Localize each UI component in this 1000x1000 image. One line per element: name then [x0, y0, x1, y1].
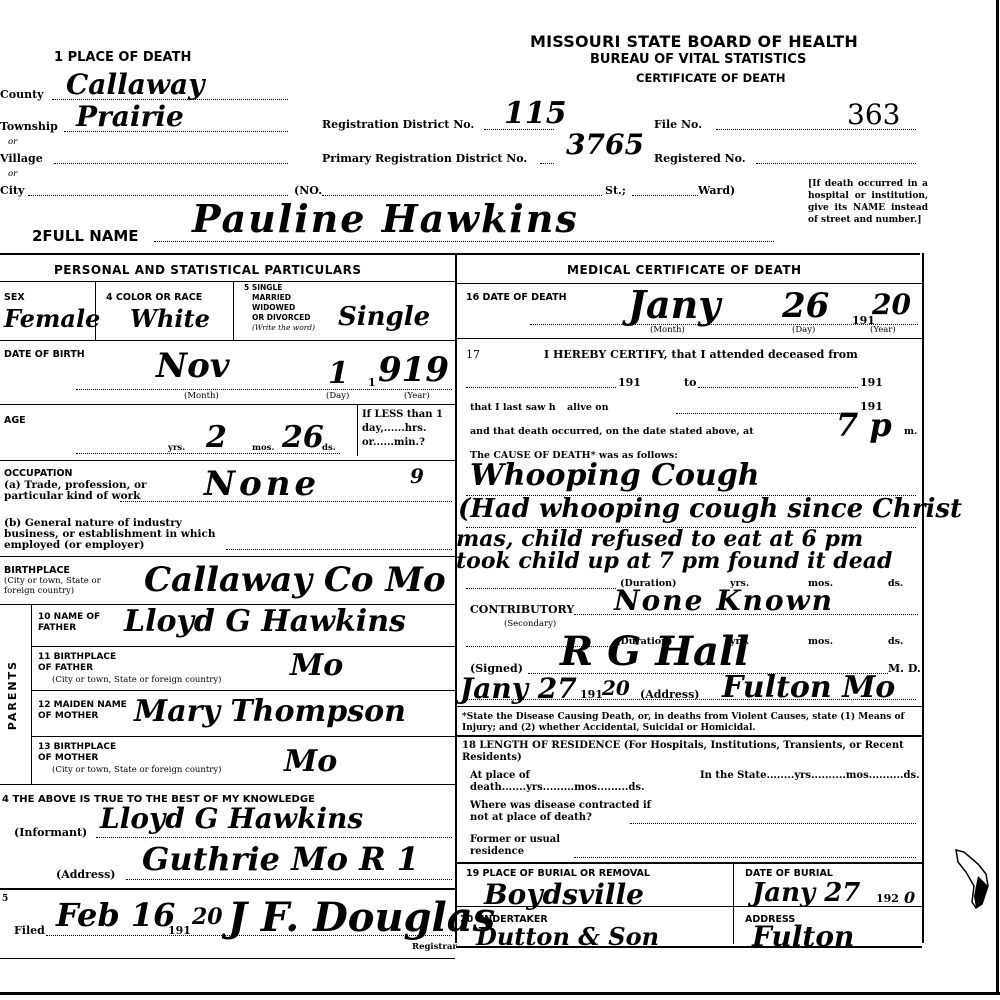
informant-line: [96, 836, 452, 838]
hospital-note: [If death occurred in a hospital or inst…: [808, 178, 928, 226]
file-no-label: File No.: [654, 118, 702, 131]
street-label: St.;: [605, 184, 626, 197]
primary-district-line: [540, 162, 554, 164]
county-label: County: [0, 88, 44, 101]
divider: [357, 404, 358, 456]
ward-line: [632, 194, 698, 196]
registrar-signature: J F. Douglas: [228, 894, 495, 941]
full-name-value: Pauline Hawkins: [192, 196, 579, 241]
primary-district-label: Primary Registration District No.: [322, 152, 527, 165]
dod-year-caption: (Year): [870, 325, 896, 335]
county-value: Callaway: [66, 68, 204, 101]
divider: [0, 958, 455, 959]
divider: [32, 736, 455, 737]
month-caption: (Month): [184, 391, 219, 401]
informant-value: Lloyd G Hawkins: [100, 802, 363, 835]
mother-name-value: Mary Thompson: [134, 694, 406, 729]
certify-number: 17: [466, 348, 480, 361]
alive-on-label: alive on: [567, 402, 609, 413]
marital-option: 5 SINGLE: [244, 283, 315, 293]
state-board-title: MISSOURI STATE BOARD OF HEALTH: [530, 32, 858, 51]
primary-district-value: 3765: [566, 128, 644, 161]
divider: [0, 460, 455, 461]
occupation-b-label: (b) General nature of industry business,…: [4, 518, 234, 551]
marital-option: OR DIVORCED: [244, 313, 315, 323]
cause-line-1: Whooping Cough: [470, 458, 760, 493]
father-birthplace-value: Mo: [290, 648, 343, 683]
dod-month: Jany: [628, 282, 720, 327]
from-line: [466, 386, 616, 388]
divider: [0, 556, 455, 557]
age-yrs-label: yrs.: [168, 443, 185, 453]
duration-ds: ds.: [888, 578, 903, 589]
age-mos-label: mos.: [252, 443, 274, 453]
age-label: AGE: [4, 415, 26, 426]
father-birthplace-hint: (City or town, State or foreign country): [52, 675, 221, 685]
residence-label: 18 LENGTH OF RESIDENCE (For Hospitals, I…: [462, 740, 922, 764]
column-divider: [455, 253, 457, 943]
divider: [0, 784, 455, 785]
divider: [0, 281, 455, 282]
residence-in-state: In the State........yrs..........mos....…: [700, 770, 920, 782]
dob-year: 919: [378, 350, 449, 390]
divider: [0, 888, 455, 890]
filed-date-value: Feb 16: [56, 896, 175, 934]
occupation-a-label: (a) Trade, profession, or particular kin…: [4, 480, 204, 502]
age-days: 26: [282, 420, 324, 455]
filed-label: Filed: [14, 924, 45, 937]
divider: [456, 946, 922, 948]
age-ds-label: ds.: [322, 443, 336, 453]
ward-label: Ward): [698, 184, 735, 197]
divider: [456, 862, 922, 864]
where-contracted-line: [630, 822, 916, 824]
father-name-value: Lloyd G Hawkins: [124, 604, 406, 639]
divider: [32, 690, 455, 691]
right-edge: [996, 0, 999, 995]
hand-cursor-icon: [952, 846, 992, 920]
dob-day: 1: [328, 356, 349, 391]
former-residence-label: Former or usual residence: [470, 834, 590, 858]
village-line: [54, 162, 288, 164]
township-label: Township: [0, 120, 58, 133]
occupation-value: None: [204, 464, 320, 504]
city-label: City: [0, 184, 24, 197]
township-value: Prairie: [76, 100, 184, 133]
certify-text: I HEREBY CERTIFY, that I attended deceas…: [544, 348, 858, 361]
contributory-value: None Known: [614, 584, 834, 617]
death-time-suffix: m.: [904, 426, 917, 437]
from-year: 191: [618, 376, 641, 389]
dod-label: 16 DATE OF DEATH: [466, 292, 567, 303]
dod-month-caption: (Month): [650, 325, 685, 335]
divider: [456, 706, 922, 707]
less-than-day-label: If LESS than 1 day,......hrs. or......mi…: [362, 408, 452, 450]
duration-ds-2: ds.: [888, 636, 903, 647]
industry-line: [226, 548, 452, 550]
divider: [31, 604, 32, 784]
divider: [456, 338, 922, 339]
dob-label: DATE OF BIRTH: [4, 349, 85, 360]
marital-option: MARRIED: [244, 293, 315, 303]
filed-number: 5: [2, 894, 8, 904]
registered-no-line: [756, 162, 916, 164]
dod-day: 26: [782, 286, 829, 326]
file-no-value: 363: [847, 98, 900, 131]
age-months: 2: [206, 420, 227, 455]
registrar-label: Registrar: [412, 942, 457, 952]
burial-date-value: Jany 27: [752, 878, 860, 908]
signed-year-prefix: 191: [580, 688, 603, 701]
to-year: 191: [860, 376, 883, 389]
last-saw-text: that I last saw h: [470, 402, 556, 413]
contributory-label: CONTRIBUTORY: [470, 603, 574, 616]
death-time: 7 p: [836, 406, 892, 444]
physician-signature: R G Hall: [560, 628, 749, 675]
mother-birthplace-value: Mo: [284, 744, 337, 779]
personal-section-title: PERSONAL AND STATISTICAL PARTICULARS: [54, 263, 362, 277]
cause-footnote: *State the Disease Causing Death, or, in…: [462, 712, 922, 734]
signed-date: Jany 27: [460, 672, 577, 705]
registration-district-label: Registration District No.: [322, 118, 474, 131]
bottom-border: [0, 992, 1000, 995]
or-text: or: [8, 169, 17, 179]
father-name-label: 10 NAME OF FATHER: [38, 612, 118, 634]
burial-year-prefix: 192: [876, 892, 899, 905]
last-saw-line: [676, 412, 856, 414]
to-line: [698, 386, 858, 388]
registered-no-label: Registered No.: [654, 152, 746, 165]
divider: [733, 864, 734, 944]
physician-address-value: Fulton Mo: [722, 670, 895, 705]
secondary-label: (Secondary): [504, 619, 556, 629]
signed-year: 20: [602, 676, 630, 700]
cause-line-4: took child up at 7 pm found it dead: [456, 548, 892, 574]
informant-address-line: [126, 878, 452, 880]
marital-option: WIDOWED: [244, 303, 315, 313]
certificate-title: CERTIFICATE OF DEATH: [636, 71, 786, 85]
occupation-mark: 9: [410, 464, 424, 488]
duration-mos-2: mos.: [808, 636, 833, 647]
marital-hint: (Write the word): [244, 323, 315, 333]
village-label: Village: [0, 152, 43, 165]
medical-section-title: MEDICAL CERTIFICATE OF DEATH: [567, 263, 802, 277]
duration-line: [466, 587, 616, 589]
divider: [456, 906, 922, 907]
registration-district-value: 115: [504, 96, 567, 131]
birthplace-value: Callaway Co Mo: [144, 560, 446, 600]
color-label: 4 COLOR OR RACE: [106, 292, 202, 303]
right-border: [922, 253, 924, 943]
filed-year-prefix: 191: [168, 924, 191, 937]
dob-year-prefix: 1: [368, 376, 376, 389]
sex-label: SEX: [4, 292, 25, 303]
year-caption: (Year): [404, 391, 430, 401]
place-of-death-label: 1 PLACE OF DEATH: [54, 50, 191, 65]
divider: [0, 340, 455, 341]
residence-at-place: At place of death.......yrs.........mos.…: [470, 770, 690, 794]
birthplace-label: BIRTHPLACE: [4, 565, 70, 576]
day-caption: (Day): [326, 391, 349, 401]
divider: [0, 253, 920, 255]
dob-month: Nov: [156, 346, 230, 386]
where-contracted-label: Where was disease contracted if not at p…: [470, 800, 670, 824]
marital-value: Single: [338, 302, 430, 332]
bureau-subtitle: BUREAU OF VITAL STATISTICS: [590, 52, 806, 67]
mother-birthplace-label: 13 BIRTHPLACE OF MOTHER: [38, 742, 118, 764]
full-name-label: 2FULL NAME: [32, 227, 139, 245]
parents-side-label: PARENTS: [6, 660, 19, 730]
death-occurred-text: and that death occurred, on the date sta…: [470, 426, 754, 437]
to-label: to: [684, 376, 696, 389]
birthplace-hint: (City or town, State or foreign country): [4, 576, 104, 596]
former-residence-line: [574, 856, 916, 858]
burial-year: 0: [904, 888, 915, 907]
divider: [95, 282, 96, 340]
marital-options: 5 SINGLE MARRIED WIDOWED OR DIVORCED (Wr…: [244, 283, 315, 333]
divider: [32, 646, 455, 647]
undertaker-address-value: Fulton: [752, 920, 854, 953]
mother-birthplace-hint: (City or town, State or foreign country): [52, 765, 221, 775]
dod-day-caption: (Day): [792, 325, 815, 335]
informant-label: (Informant): [14, 826, 87, 839]
divider: [456, 735, 922, 737]
or-text: or: [8, 137, 17, 147]
dod-year: 20: [872, 288, 911, 321]
cause-line-2: (Had whooping cough since Christ: [458, 494, 962, 524]
mother-name-label: 12 MAIDEN NAME OF MOTHER: [38, 700, 128, 722]
physician-address-label: (Address): [640, 688, 700, 701]
informant-address-value: Guthrie Mo R 1: [142, 840, 419, 878]
divider: [233, 282, 234, 340]
sex-value: Female: [4, 304, 100, 333]
filed-year-value: 20: [192, 904, 223, 930]
informant-address-label: (Address): [56, 868, 116, 881]
divider: [0, 404, 455, 405]
occupation-label: OCCUPATION: [4, 468, 72, 479]
color-value: White: [130, 304, 210, 333]
father-birthplace-label: 11 BIRTHPLACE OF FATHER: [38, 652, 118, 674]
